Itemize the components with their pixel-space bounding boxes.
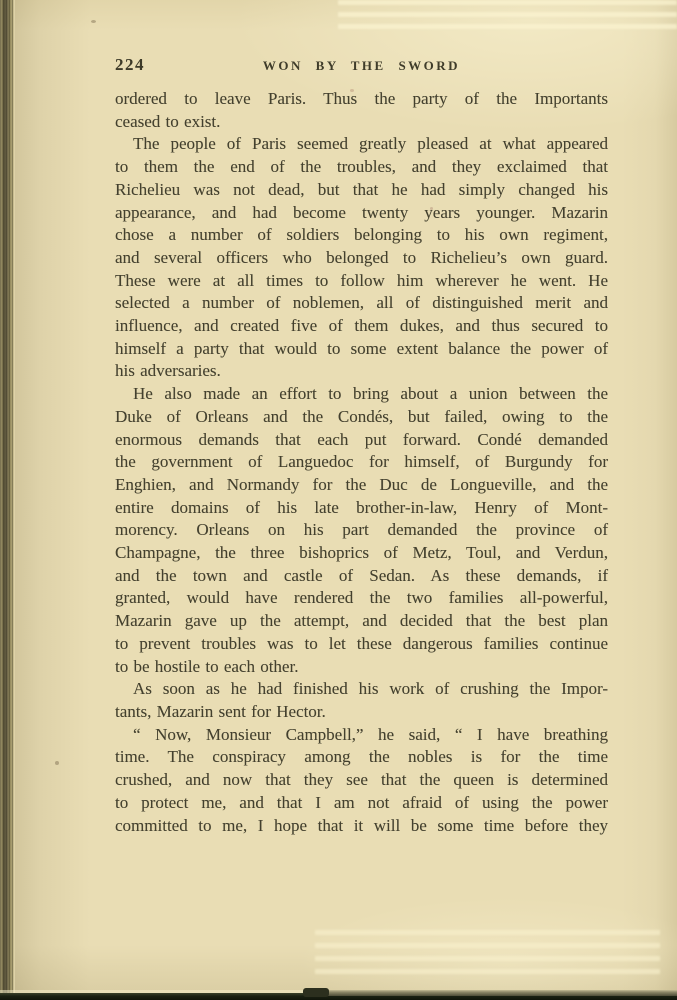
scanned-book-page: 224 WON BY THE SWORD ordered to leave Pa… [0, 0, 677, 1000]
text-line: He also made an effort to bring about a … [115, 383, 608, 406]
scan-streaks-top [338, 0, 677, 36]
text-line: Enghien, and Normandy for the Duc de Lon… [115, 474, 608, 497]
text-line: to be hostile to each other. [115, 656, 608, 679]
text-line: time. The conspiracy among the nobles is… [115, 746, 608, 769]
text-line: chose a number of soldiers belonging to … [115, 224, 608, 247]
text-line: entire domains of his late brother-in-la… [115, 497, 608, 520]
text-line: morency. Orleans on his part demanded th… [115, 519, 608, 542]
text-line: Duke of Orleans and the Condés, but fail… [115, 406, 608, 429]
text-line: appearance, and had become twenty years … [115, 202, 608, 225]
book-binding-edge [0, 0, 15, 1000]
book-bottom-edge-notch [303, 988, 329, 997]
scan-speck [430, 207, 433, 210]
text-line: The people of Paris seemed greatly pleas… [115, 133, 608, 156]
text-line: ordered to leave Paris. Thus the party o… [115, 88, 608, 111]
text-line: tants, Mazarin sent for Hector. [115, 701, 608, 724]
text-line: his adversaries. [115, 360, 608, 383]
text-line: and the town and castle of Sedan. As the… [115, 565, 608, 588]
text-line: to prevent troubles was to let these dan… [115, 633, 608, 656]
running-head: 224 WON BY THE SWORD [115, 55, 608, 77]
text-line: ceased to exist. [115, 111, 608, 134]
text-line: the government of Languedoc for himself,… [115, 451, 608, 474]
running-title: WON BY THE SWORD [115, 58, 608, 74]
text-line: These were at all times to follow him wh… [115, 270, 608, 293]
scan-speck [350, 89, 354, 92]
text-line: committed to me, I hope that it will be … [115, 815, 608, 838]
text-line: and several officers who belonged to Ric… [115, 247, 608, 270]
text-line: enormous demands that each put forward. … [115, 429, 608, 452]
text-line: granted, would have rendered the two fam… [115, 587, 608, 610]
text-line: influence, and created five of them duke… [115, 315, 608, 338]
book-bottom-edge-bar [310, 990, 677, 996]
text-line: Champagne, the three bishoprics of Metz,… [115, 542, 608, 565]
text-line: Richelieu was not dead, but that he had … [115, 179, 608, 202]
scan-speck [55, 761, 59, 765]
text-line: As soon as he had finished his work of c… [115, 678, 608, 701]
text-line: “ Now, Monsieur Campbell,” he said, “ I … [115, 724, 608, 747]
scan-streaks-bottom [315, 930, 660, 978]
text-line: to them the end of the troubles, and the… [115, 156, 608, 179]
text-line: to protect me, and that I am not afraid … [115, 792, 608, 815]
text-line: selected a number of noblemen, all of di… [115, 292, 608, 315]
body-text: ordered to leave Paris. Thus the party o… [115, 88, 608, 837]
scan-speck [91, 20, 96, 23]
text-line: himself a party that would to some exten… [115, 338, 608, 361]
text-line: Mazarin gave up the attempt, and decided… [115, 610, 608, 633]
text-line: crushed, and now that they see that the … [115, 769, 608, 792]
